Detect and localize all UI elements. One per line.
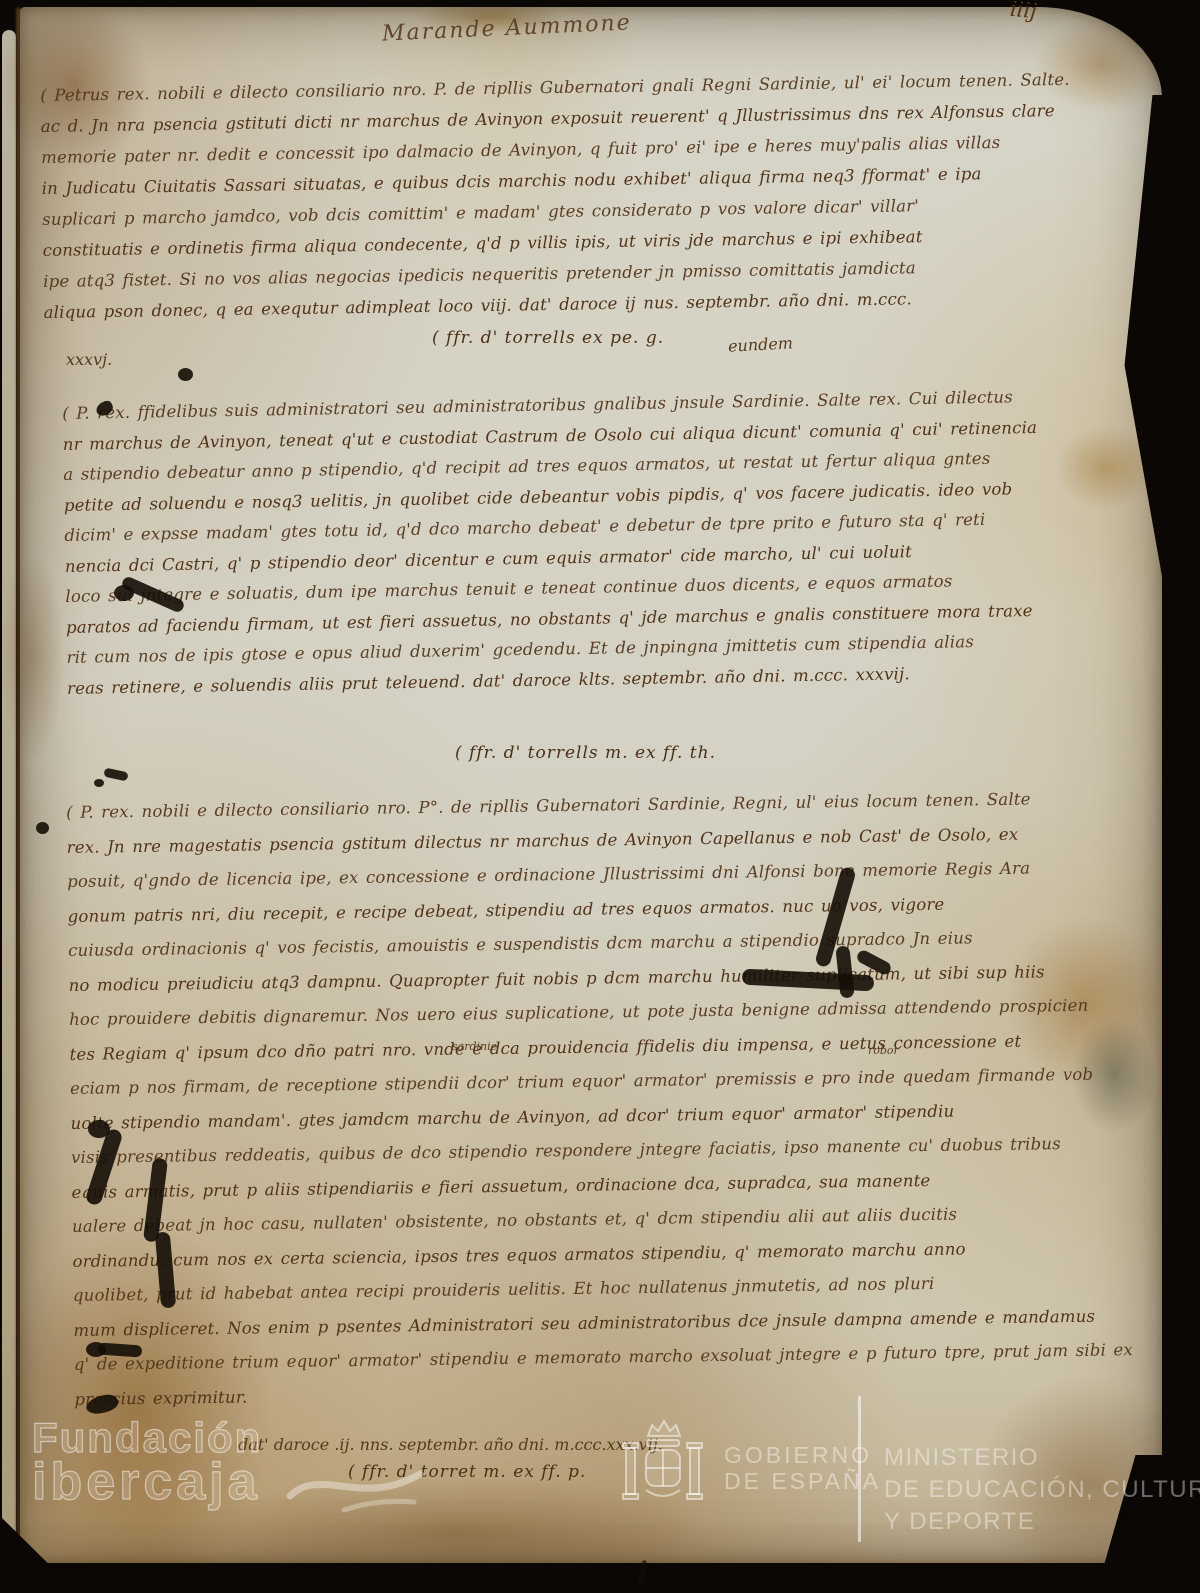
ink-blot [36, 822, 49, 834]
margin-year: xxxvj. [66, 350, 112, 369]
watermark-divider [858, 1396, 861, 1542]
folio-number: iiij [1009, 0, 1038, 23]
marginal-note-eundem: eundem [728, 333, 794, 355]
date-line: dat' daroce .ij. nns. septembr. año dni.… [238, 1435, 663, 1454]
letter-entry-2: ( P. rex. ffidelibus suis administratori… [62, 380, 1162, 704]
registrar-subscription: ( ffr. d' torrells ex pe. g. [432, 328, 664, 348]
registrar-subscription: ( ffr. d' torrells m. ex ff. th. [455, 743, 716, 763]
ink-blot [638, 1560, 647, 1586]
letter-entry-3: ( P. rex. nobili e dilecto consiliario n… [66, 781, 1165, 1417]
underlying-page-edge [2, 30, 16, 1550]
letter-entry-1: ( Petrus rex. nobili e dilecto consiliar… [40, 63, 1154, 328]
registrar-subscription: ( ffr. d' torret m. ex ff. p. [348, 1462, 586, 1482]
interlinear-note: sardinie [452, 1040, 497, 1053]
ink-blot [94, 779, 104, 787]
ink-blot [178, 368, 193, 381]
interlinear-note: robor [868, 1044, 899, 1057]
